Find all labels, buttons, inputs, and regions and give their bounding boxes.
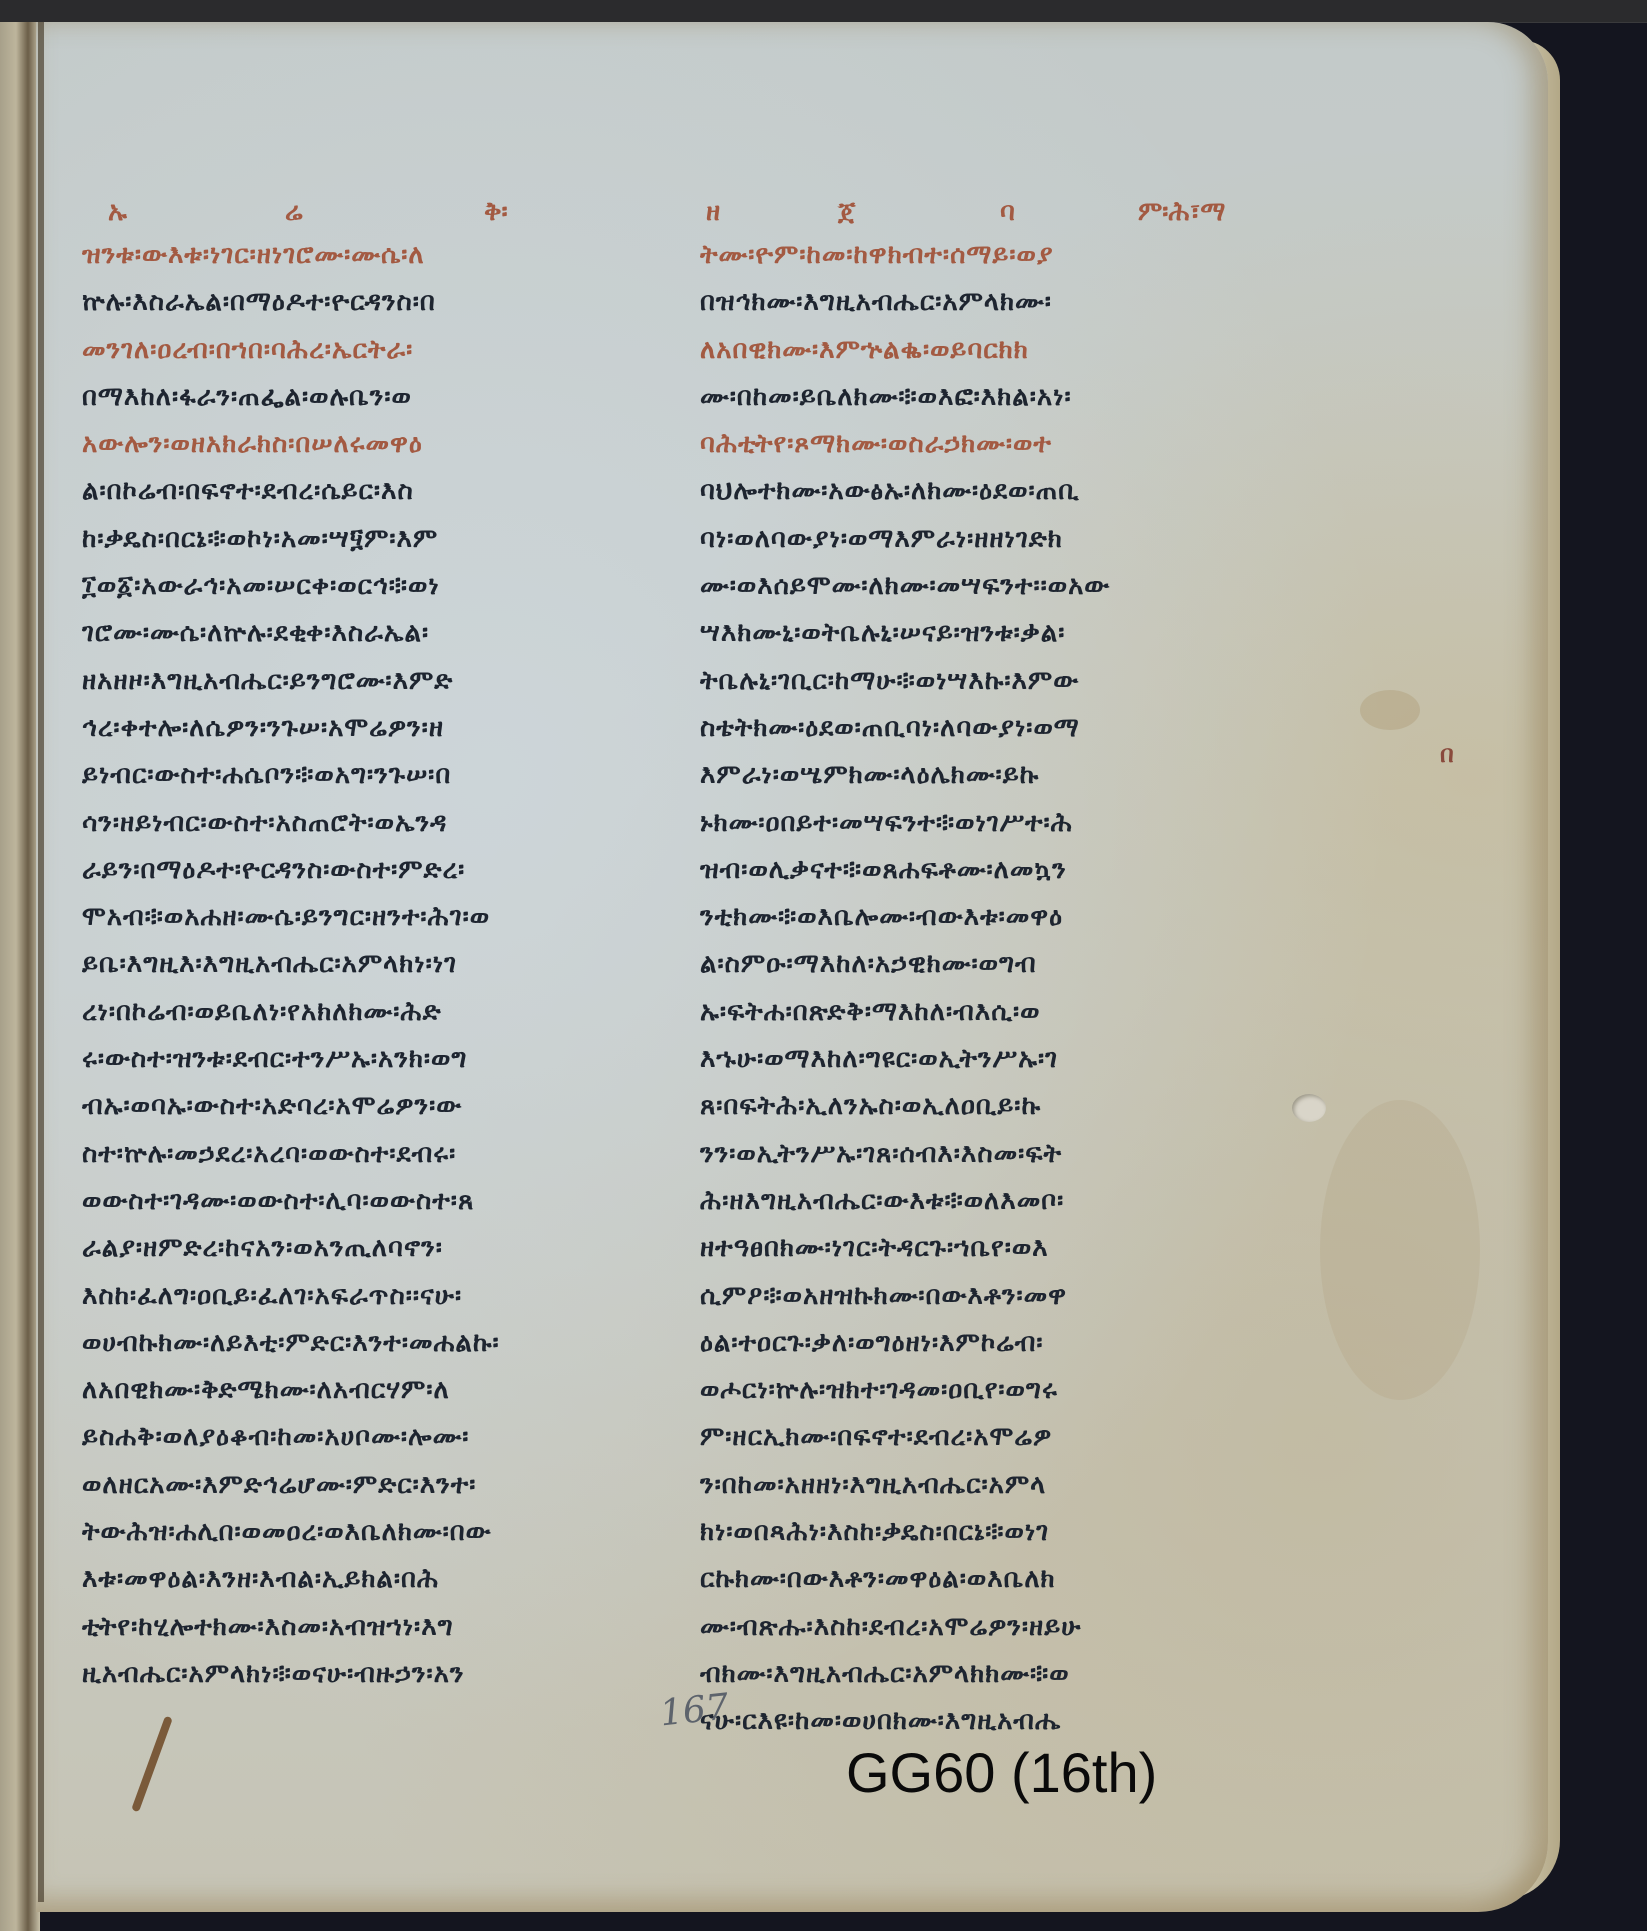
text-line: ንቲክሙ፨ወእቤሎሙ፡ብውእቱ፡መዋዕ (700, 894, 1300, 941)
text-line: ኅረ፡ቀተሎ፡ለሴዎን፡ንጉሠ፡አሞሬዎን፡ዘ (82, 705, 672, 752)
text-line: ሲምዖ፨ወአዘዝኩክሙ፡በውእቶን፡መዋ (700, 1273, 1300, 1320)
text-line: እምራነ፡ወሤምክሙ፡ላዕሌክሙ፡ይኩ (700, 752, 1300, 799)
text-line: እቱ፡መዋዕል፡እንዘ፡እብል፡ኢይክል፡በሕ (82, 1556, 672, 1603)
text-line: ሙ፡በከመ፡ይቤለክሙ፨ወእፎ፡እክል፡አነ፡ (700, 374, 1300, 421)
text-line: ሩ፡ውስተ፡ዝንቱ፡ደብር፡ተንሥኡ፡አንክ፡ወግ (82, 1036, 672, 1083)
text-line: ለአበዊክሙ፡እምኍልቈ፡ወይባርክክ (700, 327, 1300, 374)
text-line: ቲትየ፡ከሂሎተክሙ፡እስመ፡አብዝኀነ፡እግ (82, 1604, 672, 1651)
text-line: ኑክሙ፡ዐበይተ፡መሣፍንተ፨ወነገሥተ፡ሕ (700, 800, 1300, 847)
previous-page-edge (0, 22, 40, 1931)
gutter-shadow (38, 22, 44, 1902)
text-line: ዝብ፡ወሊቃናተ፨ወጸሐፍቶሙ፡ለመኳን (700, 847, 1300, 894)
text-line: ሙ፡ወእሰይሞሙ፡ለክሙ፡መሣፍንተ፡፡ወአው (700, 563, 1300, 610)
text-line: ሕ፡ዘእግዚአብሔር፡ውእቱ፨ወለእመቦ፡ (700, 1178, 1300, 1225)
header-letter: ሬ (285, 192, 303, 232)
folio-number: 167 (658, 1687, 731, 1735)
text-line: ወሀብኩክሙ፡ለይእቲ፡ምድር፡እንተ፡መሐልኩ፡ (82, 1320, 672, 1367)
text-line: ረነ፡በኮሬብ፡ወይቤለነ፡የአክለክሙ፡ሕድ (82, 989, 672, 1036)
text-line: በማእከለ፡ፋራን፡ጠፌል፡ወሉቤን፡ወ (82, 374, 672, 421)
text-line: ል፡በኮሬብ፡በፍኖተ፡ደብረ፡ሴይር፡እስ (82, 468, 672, 515)
text-line: ብኡ፡ወባኡ፡ውስተ፡አድባረ፡አሞሬዎን፡ው (82, 1083, 672, 1130)
text-line: ከ፡ቃዴስ፡በርኔ፨ወኮነ፡አመ፡ሣ፶ም፡እም (82, 516, 672, 563)
text-line: ጸ፡በፍትሕ፡ኢለንኡስ፡ወኢለዐቢይ፡ኩ (700, 1083, 1300, 1130)
text-line: ወውስተ፡ገዳሙ፡ወውስተ፡ሊባ፡ወውስተ፡ጸ (82, 1178, 672, 1225)
text-line: ስተ፡ኵሉ፡መኃደረ፡አረባ፡ወውስተ፡ደብሩ፡ (82, 1131, 672, 1178)
left-text-column: ዝንቱ፡ውእቱ፡ነገር፡ዘነገሮሙ፡ሙሴ፡ለኵሉ፡እስራኤል፡በማዕዶተ፡ዮርዳ… (82, 232, 672, 1698)
text-line: ሣእክሙኒ፡ወትቤሉኒ፡ሠናይ፡ዝንቱ፡ቃል፡ (700, 610, 1300, 657)
text-line: ብክሙ፡እግዚአብሔር፡አምላክክሙ፨ወ (700, 1651, 1300, 1698)
text-line: ለአበዊክሙ፡ቅድሜክሙ፡ለአብርሃም፡ለ (82, 1367, 672, 1414)
text-line: ዘአዘዞ፡እግዚአብሔር፡ይንግሮሙ፡እምድ (82, 658, 672, 705)
text-line: ኡ፡ፍትሐ፡በጽድቅ፡ማእከለ፡ብእሲ፡ወ (700, 989, 1300, 1036)
text-line: ወለዘርአሙ፡እምድኅሬሆሙ፡ምድር፡እንተ፡ (82, 1462, 672, 1509)
text-line: ስቴትክሙ፡ዕደወ፡ጠቢባነ፡ለባውያነ፡ወማ (700, 705, 1300, 752)
marginal-note: በ (1440, 740, 1454, 768)
text-line: ሳን፡ዘይነብር፡ውስተ፡አስጠሮት፡ወኤንዳ (82, 800, 672, 847)
text-line: በዝኅክሙ፡እግዚአብሔር፡አምላክሙ፡ (700, 279, 1300, 326)
text-line: ዚአብሔር፡አምላክነ፨ወናሁ፡ብዙኃን፡አን (82, 1651, 672, 1698)
text-line: ይስሐቅ፡ወለያዕቆብ፡ከመ፡አሀቦሙ፡ሎሙ፡ (82, 1414, 672, 1461)
header-letter: ቅ፡ (484, 192, 508, 232)
text-line: ም፡ዘርኢክሙ፡በፍኖተ፡ደብረ፡አሞሬዎ (700, 1414, 1300, 1461)
text-line: ክነ፡ወበጻሕነ፡እስከ፡ቃዴስ፡በርኔ፨ወነገ (700, 1509, 1300, 1556)
text-line: ትሙ፡ዮም፡ከመ፡ከዋክብተ፡ሰማይ፡ወያ (700, 232, 1300, 279)
text-line: ባህሎተክሙ፡አውፅኡ፡ለክሙ፡ዕደወ፡ጠቢ (700, 468, 1300, 515)
text-line: ፲ወ፩፡አውራኅ፡አመ፡ሠርቀ፡ወርኅ፨ወነ (82, 563, 672, 610)
text-line: ይቤ፡እግዚእ፡እግዚአብሔር፡አምላክነ፡ነገ (82, 941, 672, 988)
text-line: ይነብር፡ውስተ፡ሐሴቦን፨ወአግ፡ንጉሠ፡በ (82, 752, 672, 799)
stain (1320, 1100, 1480, 1400)
text-line: ል፡ስምዑ፡ማእከለ፡አኃዊክሙ፡ወግብ (700, 941, 1300, 988)
parchment-hole (1292, 1094, 1326, 1122)
header-letter: ዘ (706, 192, 720, 232)
text-line: ትቤሉኒ፡ገቢር፡ከማሁ፨ወነሣእኩ፡እምው (700, 658, 1300, 705)
text-line: ዘተዓፀበክሙ፡ነገር፡ትዳርጉ፡ኀቤየ፡ወእ (700, 1225, 1300, 1272)
text-line: ሙ፡ብጽሑ፡እስከ፡ደብረ፡አሞሬዎን፡ዘይሁ (700, 1604, 1300, 1651)
text-line: ራልያ፡ዘምድረ፡ከናአን፡ወአንጢለባኖን፡ (82, 1225, 672, 1272)
text-line: ሞአብ፨ወአሐዘ፡ሙሴ፡ይንግር፡ዘንተ፡ሕገ፡ወ (82, 894, 672, 941)
text-line: ባሕቲትየ፡ጾማክሙ፡ወስራኃክሙ፡ወተ (700, 421, 1300, 468)
text-line: አውሎን፡ወዘአክራክስ፡በሠለሩመዋዕ (82, 421, 672, 468)
header-letter: ጀ (838, 192, 855, 232)
text-line: ንን፡ወኢትንሥኡ፡ገጸ፡ሰብእ፡እስመ፡ፍት (700, 1131, 1300, 1178)
text-line: ራይን፡በማዕዶተ፡ዮርዳንስ፡ውስተ፡ምድረ፡ (82, 847, 672, 894)
text-line: ዕል፡ተዐርጉ፡ቃለ፡ወግዕዘነ፡እምኮሬብ፡ (700, 1320, 1300, 1367)
text-line: እኁሁ፡ወማእከለ፡ግዩር፡ወኢትንሥኡ፡ገ (700, 1036, 1300, 1083)
stain (1360, 690, 1420, 730)
text-line: ወሖርነ፡ኵሉ፡ዝክተ፡ገዳመ፡ዐቢየ፡ወግሩ (700, 1367, 1300, 1414)
text-line: ገሮሙ፡ሙሴ፡ለኵሉ፡ደቂቀ፡እስራኤል፡ (82, 610, 672, 657)
top-bar (0, 0, 1647, 23)
text-line: ርኩክሙ፡በውእቶን፡መዋዕል፡ወእቤለክ (700, 1556, 1300, 1603)
image-caption: GG60 (16th) (846, 1740, 1157, 1805)
header-letter: ባ (1000, 192, 1015, 232)
text-line: ትውሕዝ፡ሐሊበ፡ወመዐረ፡ወእቤለክሙ፡በው (82, 1509, 672, 1556)
running-header: ኡ ሬ ቅ፡ ዘ ጀ ባ ም፡ሕ፣ማ (0, 192, 1647, 232)
text-line: ን፡በከመ፡አዘዘነ፡እግዚአብሔር፡አምላ (700, 1462, 1300, 1509)
text-line: እስከ፡ፈለግ፡ዐቢይ፡ፈለገ፡አፍራጥስ፡፡ናሁ፡ (82, 1273, 672, 1320)
text-line: መንገለ፡ዐረብ፡በኀበ፡ባሕረ፡ኤርትራ፡ (82, 327, 672, 374)
text-line: ናሁ፡ርእዩ፡ከመ፡ወሀበክሙ፡እግዚአብሔ (700, 1698, 1300, 1745)
header-letter: ም፡ሕ፣ማ (1138, 192, 1225, 232)
header-letter: ኡ (108, 192, 127, 232)
text-line: ኵሉ፡እስራኤል፡በማዕዶተ፡ዮርዳንስ፡በ (82, 279, 672, 326)
text-line: ዝንቱ፡ውእቱ፡ነገር፡ዘነገሮሙ፡ሙሴ፡ለ (82, 232, 672, 279)
right-text-column: ትሙ፡ዮም፡ከመ፡ከዋክብተ፡ሰማይ፡ወያበዝኅክሙ፡እግዚአብሔር፡አምላክሙ… (700, 232, 1300, 1746)
text-line: ባነ፡ወለባውያነ፡ወማእምራነ፡ዘዘነገድክ (700, 516, 1300, 563)
